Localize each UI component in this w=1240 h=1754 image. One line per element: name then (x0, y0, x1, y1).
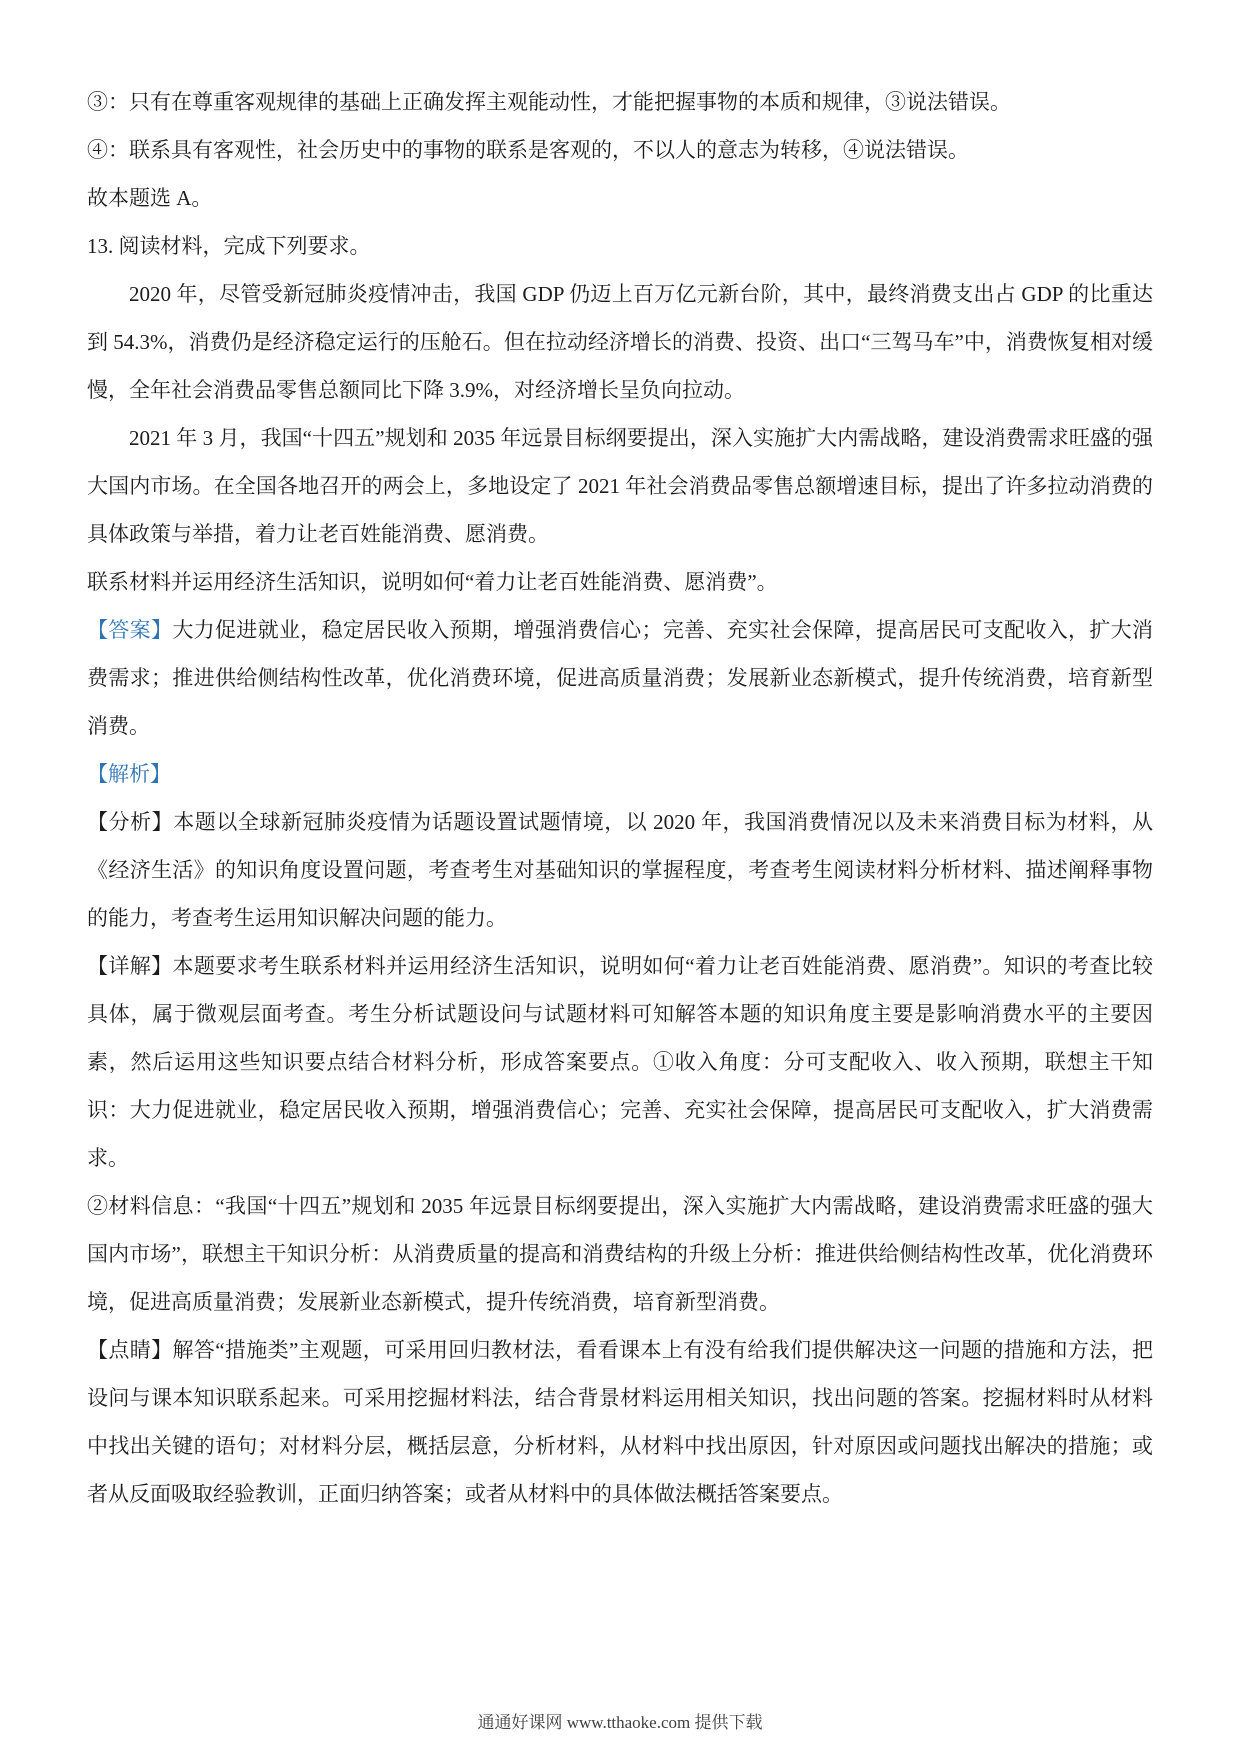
material-2021-text: 2021 年 3 月，我国“十四五”规划和 2035 年远景目标纲要提出，深入实… (87, 426, 1153, 546)
conclusion-line: 故本题选 A。 (87, 174, 1153, 222)
question-prompt-text: 联系材料并运用经济生活知识，说明如何“着力让老百姓能消费、愿消费”。 (87, 570, 778, 594)
analysis-section-label: 【解析】 (87, 762, 171, 786)
material-info-text: ②材料信息：“我国“十四五”规划和 2035 年远景目标纲要提出，深入实施扩大内… (87, 1194, 1153, 1314)
point-4-text: ④：联系具有客观性，社会历史中的事物的联系是客观的，不以人的意志为转移，④说法错… (87, 138, 969, 162)
detail-label: 【详解】 (87, 954, 172, 978)
material-info-paragraph: ②材料信息：“我国“十四五”规划和 2035 年远景目标纲要提出，深入实施扩大内… (87, 1182, 1153, 1326)
key-tip-label: 【点睛】 (87, 1338, 172, 1362)
material-paragraph-2021: 2021 年 3 月，我国“十四五”规划和 2035 年远景目标纲要提出，深入实… (87, 414, 1153, 558)
key-tip-text: 解答“措施类”主观题，可采用回归教材法，看看课本上有没有给我们提供解决这一问题的… (87, 1338, 1153, 1506)
analysis-paragraph: 【分析】本题以全球新冠肺炎疫情为话题设置试题情境，以 2020 年，我国消费情况… (87, 798, 1153, 942)
point-3-explanation: ③：只有在尊重客观规律的基础上正确发挥主观能动性，才能把握事物的本质和规律，③说… (87, 78, 1153, 126)
material-2020-text: 2020 年，尽管受新冠肺炎疫情冲击，我国 GDP 仍迈上百万亿元新台阶，其中，… (87, 282, 1153, 402)
detail-paragraph: 【详解】本题要求考生联系材料并运用经济生活知识，说明如何“着力让老百姓能消费、愿… (87, 942, 1153, 1182)
conclusion-text: 故本题选 A。 (87, 186, 212, 210)
point-3-text: ③：只有在尊重客观规律的基础上正确发挥主观能动性，才能把握事物的本质和规律，③说… (87, 90, 1011, 114)
analysis-label: 【分析】 (87, 810, 173, 834)
answer-paragraph: 【答案】大力促进就业，稳定居民收入预期，增强消费信心；完善、充实社会保障，提高居… (87, 606, 1153, 750)
analysis-section-heading: 【解析】 (87, 750, 1153, 798)
detail-text: 本题要求考生联系材料并运用经济生活知识，说明如何“着力让老百姓能消费、愿消费”。… (87, 954, 1153, 1170)
answer-label: 【答案】 (87, 618, 172, 642)
document-page: ③：只有在尊重客观规律的基础上正确发挥主观能动性，才能把握事物的本质和规律，③说… (0, 0, 1240, 1754)
question-13-heading: 13. 阅读材料，完成下列要求。 (87, 222, 1153, 270)
footer-watermark: 通通好课网 www.tthaoke.com 提供下载 (0, 1712, 1240, 1734)
answer-text: 大力促进就业，稳定居民收入预期，增强消费信心；完善、充实社会保障，提高居民可支配… (87, 618, 1153, 738)
question-13-text: 13. 阅读材料，完成下列要求。 (87, 234, 371, 258)
material-paragraph-2020: 2020 年，尽管受新冠肺炎疫情冲击，我国 GDP 仍迈上百万亿元新台阶，其中，… (87, 270, 1153, 414)
key-tip-paragraph: 【点睛】解答“措施类”主观题，可采用回归教材法，看看课本上有没有给我们提供解决这… (87, 1326, 1153, 1518)
document-body: ③：只有在尊重客观规律的基础上正确发挥主观能动性，才能把握事物的本质和规律，③说… (87, 78, 1153, 1518)
point-4-explanation: ④：联系具有客观性，社会历史中的事物的联系是客观的，不以人的意志为转移，④说法错… (87, 126, 1153, 174)
question-prompt: 联系材料并运用经济生活知识，说明如何“着力让老百姓能消费、愿消费”。 (87, 558, 1153, 606)
analysis-text: 本题以全球新冠肺炎疫情为话题设置试题情境，以 2020 年，我国消费情况以及未来… (87, 810, 1153, 930)
